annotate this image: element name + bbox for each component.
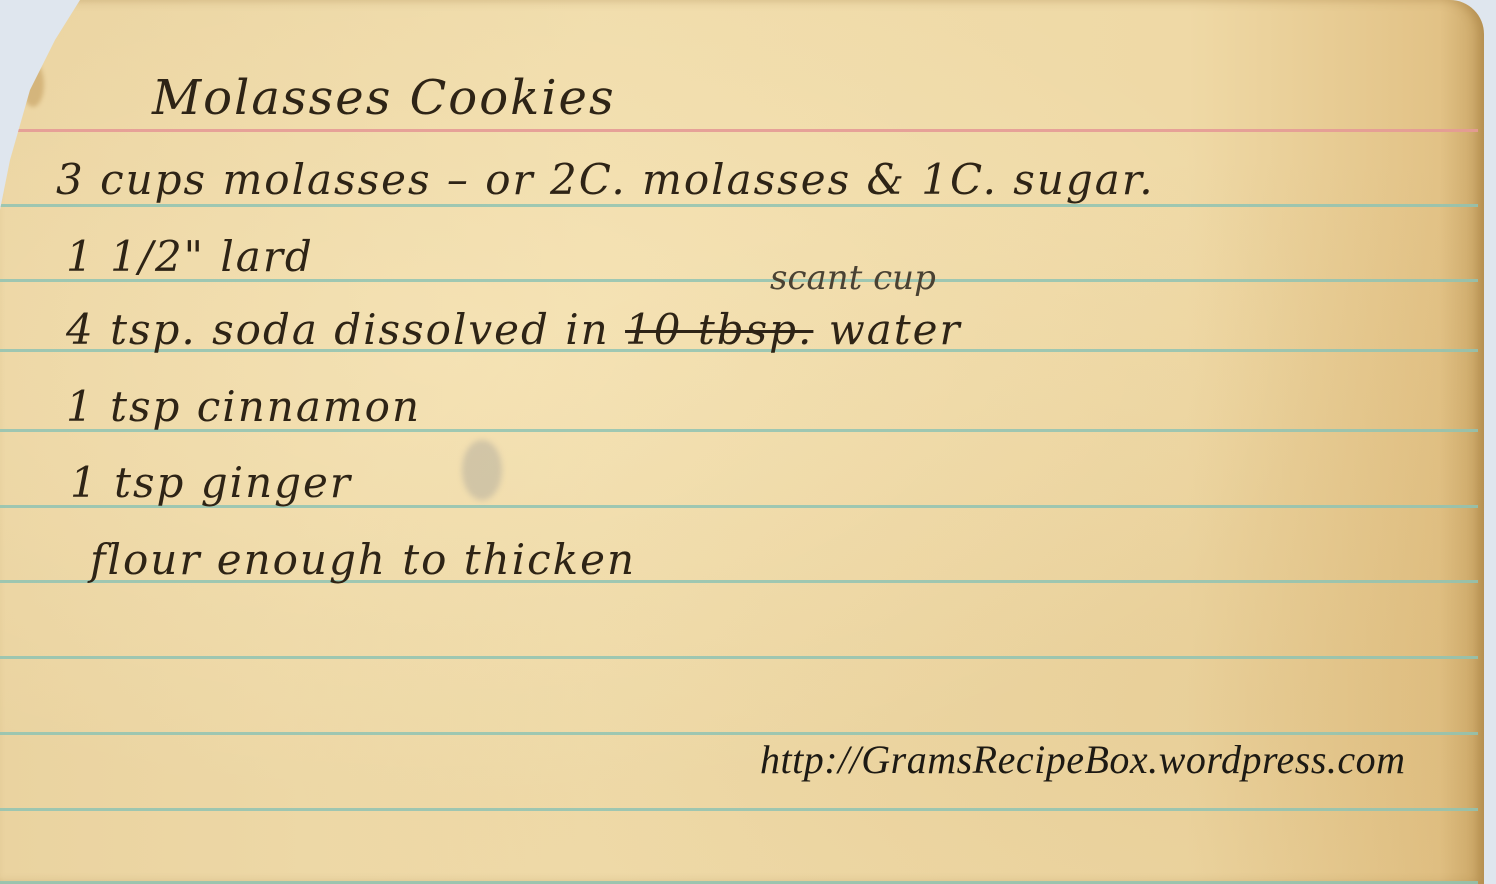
ingredient-qty: 3 bbox=[56, 155, 85, 204]
blue-rule bbox=[0, 808, 1478, 811]
recipe-card: Molasses Cookies 3 cups molasses – or 2C… bbox=[0, 0, 1484, 884]
ingredient-text: tsp. soda dissolved in bbox=[110, 305, 610, 354]
ingredient-line-1: 3 cups molasses – or 2C. molasses & 1C. … bbox=[56, 155, 1155, 204]
ingredient-text: cups molasses – or 2C. molasses & 1C. su… bbox=[100, 155, 1155, 204]
blue-rule bbox=[0, 656, 1478, 659]
ingredient-text: flour enough to thicken bbox=[90, 535, 636, 584]
ingredient-line-6: flour enough to thicken bbox=[90, 535, 636, 584]
blue-rule bbox=[0, 204, 1478, 207]
ingredient-text: " lard bbox=[184, 232, 314, 281]
ingredient-qty: 1 bbox=[70, 458, 99, 507]
water-stain bbox=[462, 440, 502, 500]
ingredient-line-5: 1 tsp ginger bbox=[70, 458, 352, 507]
stain-spot bbox=[22, 62, 44, 107]
ingredient-text: tsp ginger bbox=[114, 458, 352, 507]
ingredient-text: tsp cinnamon bbox=[110, 382, 421, 431]
ingredient-qty: 1 1/2 bbox=[66, 232, 184, 281]
ingredient-line-4: 1 tsp cinnamon bbox=[66, 382, 421, 431]
ingredient-text-after: water bbox=[829, 305, 962, 354]
ingredient-qty: 4 bbox=[66, 305, 95, 354]
struck-text: 10 tbsp. bbox=[625, 305, 813, 354]
watermark-url: http://GramsRecipeBox.wordpress.com bbox=[760, 736, 1406, 783]
blue-rule bbox=[0, 732, 1478, 735]
red-header-rule bbox=[0, 129, 1478, 132]
insertion-note: scant cup bbox=[770, 258, 936, 298]
ingredient-qty: 1 bbox=[66, 382, 95, 431]
ingredient-line-2: 1 1/2" lard bbox=[66, 232, 314, 281]
ingredient-line-3: 4 tsp. soda dissolved in 10 tbsp. water bbox=[66, 305, 962, 354]
recipe-title: Molasses Cookies bbox=[152, 70, 616, 126]
